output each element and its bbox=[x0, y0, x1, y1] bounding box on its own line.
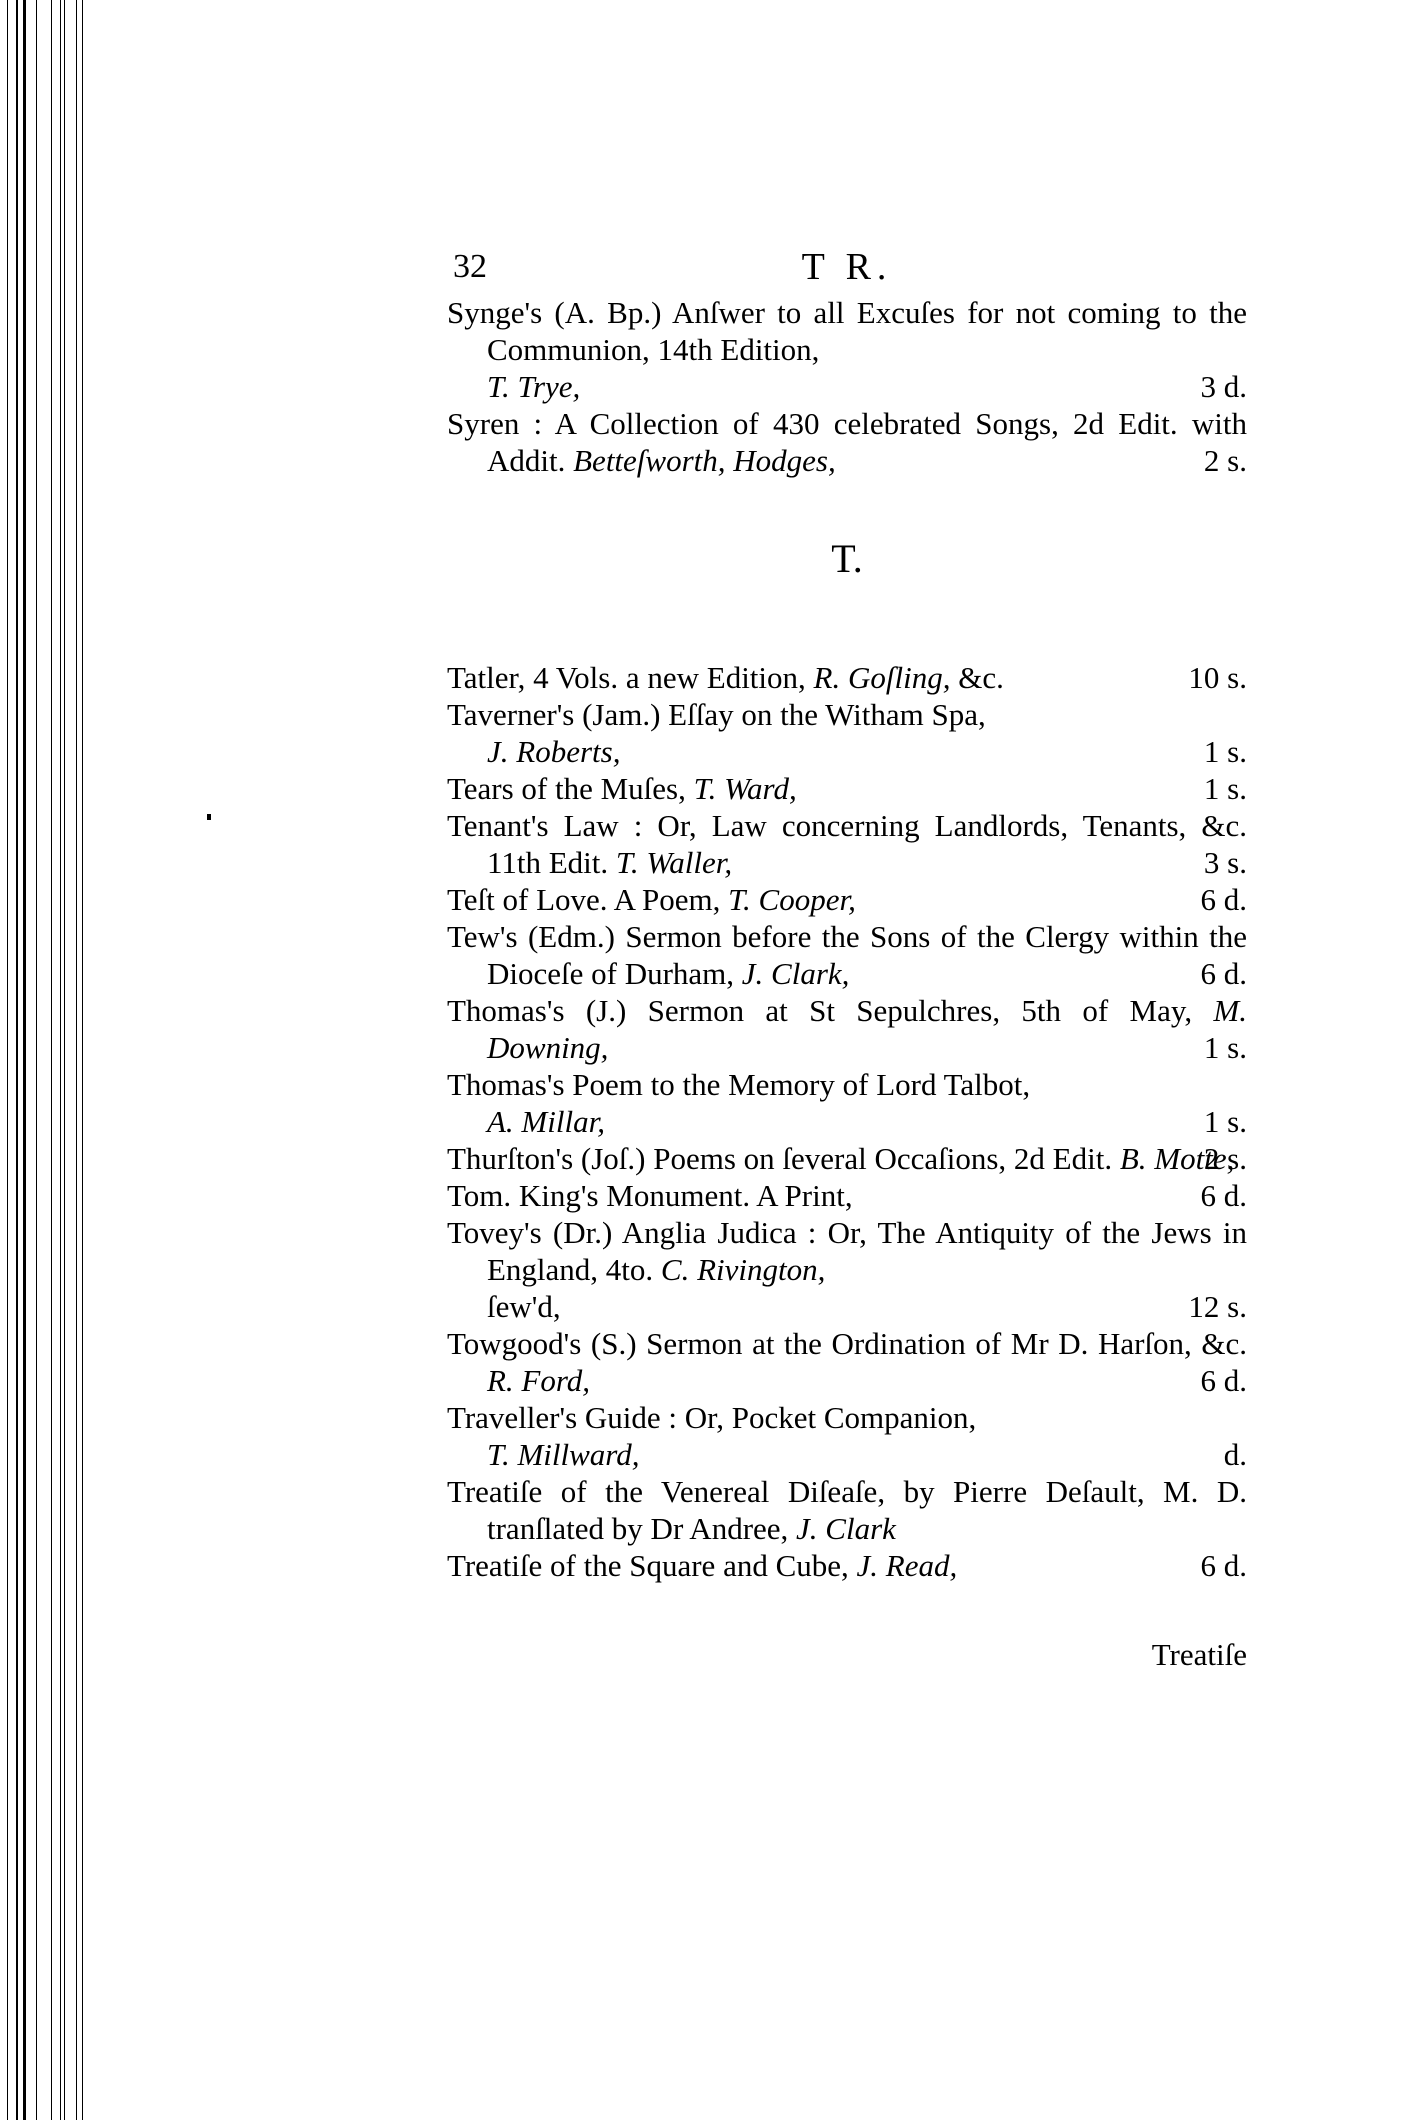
entry-price: d. bbox=[1224, 1436, 1247, 1473]
catalogue-entry: Thomas's (J.) Sermon at St Sepulchres, 5… bbox=[447, 992, 1247, 1066]
entry-price: 3 d. bbox=[1201, 368, 1248, 405]
entry-publisher: T. Waller, bbox=[616, 845, 732, 880]
running-head-title: T R. bbox=[447, 240, 1247, 294]
entry-imprint: ſew'd, 12 s. bbox=[487, 1288, 1247, 1325]
catalogue-entry: Towgood's (S.) Sermon at the Ordination … bbox=[447, 1325, 1247, 1399]
catalogue-entry: Tatler, 4 Vols. a new Edition, R. Goſlin… bbox=[447, 659, 1247, 696]
entry-title: Thomas's (J.) Sermon at St Sepulchres, 5… bbox=[447, 993, 1192, 1028]
catalogue-entry: Traveller's Guide : Or, Pocket Companion… bbox=[447, 1399, 1247, 1473]
entry-imprint: A. Millar, 1 s. bbox=[487, 1103, 1247, 1140]
catalogue-entry: Tenant's Law : Or, Law concerning Landlo… bbox=[447, 807, 1247, 881]
entry-publisher: R. Goſling, bbox=[814, 660, 951, 695]
entry-price: 1 s. bbox=[1204, 733, 1247, 770]
gutter-line bbox=[36, 0, 37, 2120]
catalogue-entry: Syren : A Collection of 430 celebrated S… bbox=[447, 405, 1247, 479]
entry-price: 1 s. bbox=[1244, 1029, 1247, 1066]
gutter-line bbox=[76, 0, 77, 2120]
catalogue-entry: Tovey's (Dr.) Anglia Judica : Or, The An… bbox=[447, 1214, 1247, 1325]
entry-price: 6 d. bbox=[1241, 1177, 1248, 1214]
catchword: Treatiſe bbox=[1152, 1636, 1247, 1673]
binding-gutter-lines bbox=[0, 0, 90, 2120]
gutter-line bbox=[23, 0, 26, 2120]
ink-speck bbox=[207, 814, 211, 820]
entry-publisher: J. Roberts, bbox=[487, 733, 620, 770]
entry-publisher: J. Read, bbox=[857, 1548, 958, 1583]
entry-publisher: T. Cooper, bbox=[728, 882, 856, 917]
catalogue-entry: Thurſton's (Joſ.) Poems on ſeveral Occaſ… bbox=[447, 1140, 1247, 1177]
entry-price: 6 d. bbox=[1241, 881, 1248, 918]
section-heading: T. bbox=[447, 539, 1247, 579]
entry-publisher: C. Rivington, bbox=[661, 1252, 825, 1287]
entry-title: Tatler, 4 Vols. a new Edition, bbox=[447, 660, 806, 695]
catalogue-entry: Taverner's (Jam.) Eſſay on the Witham Sp… bbox=[447, 696, 1247, 770]
catalogue-entry: Thomas's Poem to the Memory of Lord Talb… bbox=[447, 1066, 1247, 1140]
entry-suffix: &c. bbox=[958, 660, 1004, 695]
entry-price: 1 s. bbox=[1244, 770, 1247, 807]
catalogue-entry: Treatiſe of the Square and Cube, J. Read… bbox=[447, 1547, 1247, 1584]
entry-publisher: T. Trye, bbox=[487, 368, 580, 405]
catalogue-entry: Tom. King's Monument. A Print, 6 d. bbox=[447, 1177, 1247, 1214]
catalogue-entry: Synge's (A. Bp.) Anſwer to all Excuſes f… bbox=[447, 294, 1247, 405]
entry-imprint: T. Trye, 3 d. bbox=[487, 368, 1247, 405]
entry-publisher: J. Clark, bbox=[742, 956, 850, 991]
gutter-line bbox=[60, 0, 61, 2120]
entry-price: 6 d. bbox=[1241, 955, 1248, 992]
entry-publisher: T. Ward, bbox=[694, 771, 797, 806]
catalogue-entry: Tew's (Edm.) Sermon before the Sons of t… bbox=[447, 918, 1247, 992]
entry-price: 3 s. bbox=[1244, 844, 1247, 881]
entry-title: Taverner's (Jam.) Eſſay on the Witham Sp… bbox=[447, 697, 986, 732]
catalogue-entries: Synge's (A. Bp.) Anſwer to all Excuſes f… bbox=[447, 294, 1247, 1674]
entry-title: Treatiſe of the Square and Cube, bbox=[447, 1548, 849, 1583]
entry-price: 6 d. bbox=[1241, 1547, 1248, 1584]
entry-price: 6 d. bbox=[1241, 1362, 1248, 1399]
book-page: 32 T R. Synge's (A. Bp.) Anſwer to all E… bbox=[447, 240, 1247, 1674]
catchword-row: Treatiſe bbox=[447, 1584, 1247, 1674]
running-head: 32 T R. bbox=[447, 240, 1247, 294]
entry-publisher: T. Millward, bbox=[487, 1436, 639, 1473]
entry-price: 1 s. bbox=[1204, 1103, 1247, 1140]
gutter-line bbox=[51, 0, 52, 2120]
entry-title: Thurſton's (Joſ.) Poems on ſeveral Occaſ… bbox=[447, 1141, 1112, 1176]
gutter-line bbox=[82, 0, 83, 2120]
entry-title: Tovey's (Dr.) Anglia Judica : Or, The An… bbox=[447, 1215, 1247, 1287]
entry-price: 2 s. bbox=[1244, 1140, 1247, 1177]
entry-price: 10 s. bbox=[1228, 659, 1247, 696]
catalogue-entry: Tears of the Muſes, T. Ward, 1 s. bbox=[447, 770, 1247, 807]
entry-publisher: Betteſworth, Hodges, bbox=[573, 443, 836, 478]
entry-title: Teſt of Love. A Poem, bbox=[447, 882, 720, 917]
entry-publisher: B. Motte, bbox=[1120, 1141, 1235, 1176]
entry-title: Syren : A Collection of 430 celebrated S… bbox=[447, 406, 1247, 478]
gutter-line bbox=[7, 0, 8, 2120]
entry-title: Towgood's (S.) Sermon at the Ordination … bbox=[447, 1326, 1247, 1361]
entry-binding: ſew'd, bbox=[487, 1288, 561, 1325]
entry-title: Traveller's Guide : Or, Pocket Companion… bbox=[447, 1400, 976, 1435]
entry-title: Tom. King's Monument. A Print, bbox=[447, 1178, 853, 1213]
entry-title: Tenant's Law : Or, Law concerning Landlo… bbox=[447, 808, 1247, 880]
entry-title: Thomas's Poem to the Memory of Lord Talb… bbox=[447, 1067, 1030, 1102]
gutter-line bbox=[16, 0, 18, 2120]
entry-publisher: A. Millar, bbox=[487, 1103, 605, 1140]
catalogue-entry: Teſt of Love. A Poem, T. Cooper, 6 d. bbox=[447, 881, 1247, 918]
entry-publisher: R. Ford, bbox=[487, 1363, 590, 1398]
gutter-line bbox=[64, 0, 65, 2120]
entry-imprint: J. Roberts, 1 s. bbox=[487, 733, 1247, 770]
entry-price: 12 s. bbox=[1188, 1288, 1247, 1325]
entry-title: Synge's (A. Bp.) Anſwer to all Excuſes f… bbox=[447, 295, 1247, 367]
entry-imprint: T. Millward, d. bbox=[487, 1436, 1247, 1473]
entry-price: 2 s. bbox=[1244, 442, 1247, 479]
catalogue-entry: Treatiſe of the Venereal Diſeaſe, by Pie… bbox=[447, 1473, 1247, 1547]
entry-publisher: J. Clark bbox=[796, 1511, 896, 1546]
entry-title: Tears of the Muſes, bbox=[447, 771, 686, 806]
